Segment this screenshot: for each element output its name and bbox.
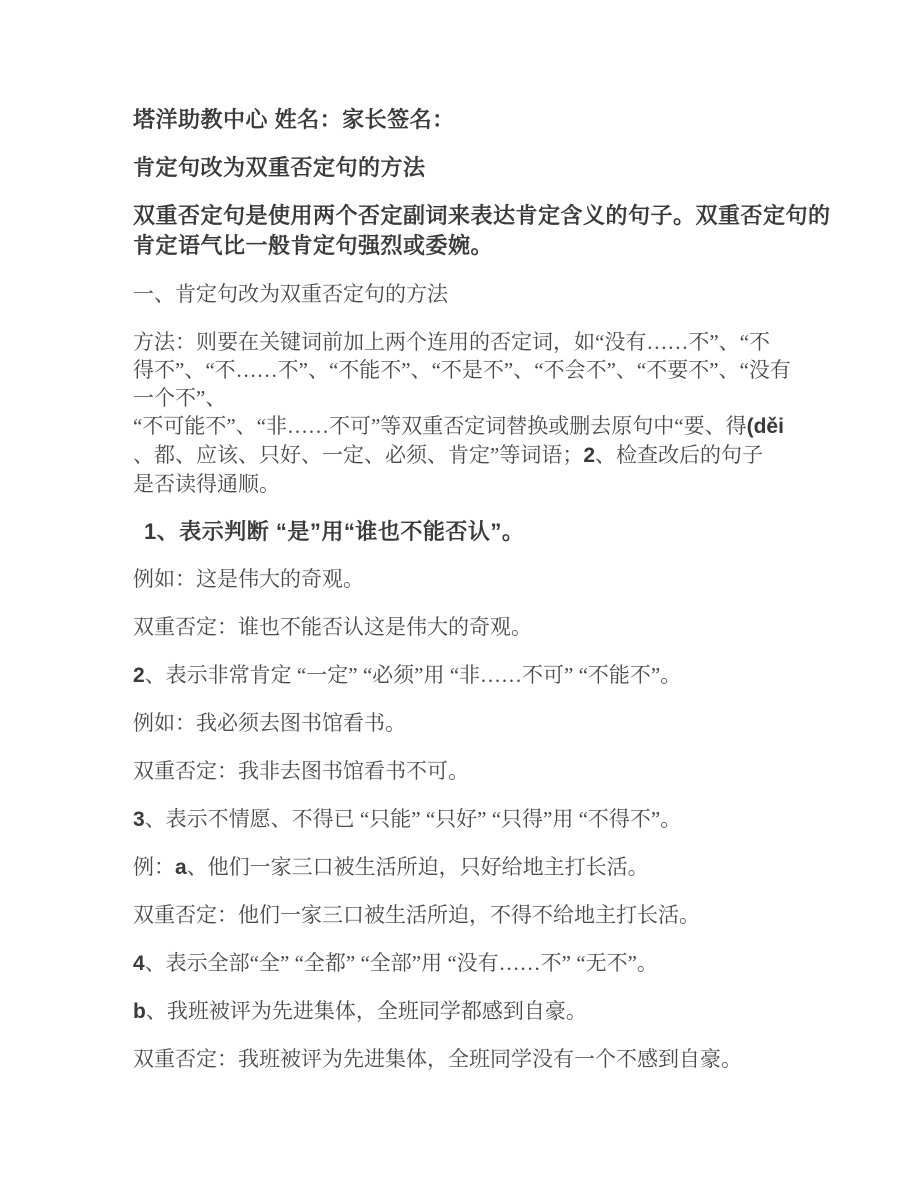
bold-text-run: 1、表示判断 “是”用“谁也不能否认”。: [144, 519, 524, 544]
text-line: b、我班被评为先进集体，全班同学都感到自豪。: [133, 997, 833, 1026]
paragraph-doc-title: 肯定句改为双重否定句的方法: [133, 153, 833, 182]
bold-text-run: 塔洋助教中心 姓名：家长签名：: [133, 107, 455, 132]
text-run: 、他们一家三口被生活所迫，只好给地主打长活。: [187, 855, 649, 879]
text-line: 一个不”、: [133, 384, 833, 412]
text-line: “不可能不”、“非……不可”等双重否定词替换或删去原句中“要、得(děi: [133, 412, 833, 441]
document-body: 塔洋助教中心 姓名：家长签名：肯定句改为双重否定句的方法双重否定句是使用两个否定…: [133, 105, 833, 1093]
paragraph-example-4: b、我班被评为先进集体，全班同学都感到自豪。: [133, 997, 833, 1026]
bold-text-run: 2: [583, 444, 595, 467]
bold-text-run: 3: [133, 808, 145, 831]
bold-text-run: 双重否定句是使用两个否定副词来表达肯定含义的句子。双重否定句的: [133, 203, 831, 228]
paragraph-example-1: 例如：这是伟大的奇观。: [133, 565, 833, 594]
bold-text-run: 4: [133, 952, 145, 975]
bold-text-run: a: [175, 856, 187, 879]
text-run: 一、肯定句改为双重否定句的方法: [133, 282, 448, 306]
paragraph-header-line: 塔洋助教中心 姓名：家长签名：: [133, 105, 833, 134]
paragraph-rule-2: 2、表示非常肯定 “一定” “必须”用 “非……不可” “不能不”。: [133, 661, 833, 690]
paragraph-answer-1: 双重否定：谁也不能否认这是伟大的奇观。: [133, 613, 833, 642]
bold-text-run: (děi: [747, 415, 784, 438]
text-line: 是否读得通顺。: [133, 470, 833, 498]
text-run: 、都、应该、只好、一定、必须、肯定”等词语；: [133, 443, 583, 467]
text-run: “不可能不”、“非……不可”等双重否定词替换或删去原句中“要、得: [133, 414, 747, 438]
paragraph-answer-2: 双重否定：我非去图书馆看书不可。: [133, 757, 833, 786]
text-run: 得不”、“不……不”、“不能不”、“不是不”、“不会不”、“不要不”、“没有: [133, 358, 791, 382]
text-run: 双重否定：我非去图书馆看书不可。: [133, 759, 469, 783]
text-line: 4、表示全部“全” “全都” “全部”用 “没有……不” “无不”。: [133, 949, 833, 978]
text-run: 是否读得通顺。: [133, 472, 280, 496]
text-line: 一、肯定句改为双重否定句的方法: [133, 280, 833, 309]
text-line: 肯定语气比一般肯定句强烈或委婉。: [133, 231, 833, 261]
text-run: 例：: [133, 855, 175, 879]
document-page: 塔洋助教中心 姓名：家长签名：肯定句改为双重否定句的方法双重否定句是使用两个否定…: [0, 0, 920, 1191]
text-run: 方法：则要在关键词前加上两个连用的否定词，如“没有……不”、“不: [133, 330, 770, 354]
paragraph-rule-3: 3、表示不情愿、不得已 “只能” “只好” “只得”用 “不得不”。: [133, 805, 833, 834]
text-line: 2、表示非常肯定 “一定” “必须”用 “非……不可” “不能不”。: [133, 661, 833, 690]
text-line: 双重否定：他们一家三口被生活所迫，不得不给地主打长活。: [133, 901, 833, 930]
text-line: 双重否定：谁也不能否认这是伟大的奇观。: [133, 613, 833, 642]
bold-text-run: 肯定句改为双重否定句的方法: [133, 155, 426, 180]
paragraph-answer-3: 双重否定：他们一家三口被生活所迫，不得不给地主打长活。: [133, 901, 833, 930]
text-line: 肯定句改为双重否定句的方法: [133, 153, 833, 182]
text-line: 塔洋助教中心 姓名：家长签名：: [133, 105, 833, 134]
text-line: 1、表示判断 “是”用“谁也不能否认”。: [144, 517, 833, 546]
text-run: 例如：我必须去图书馆看书。: [133, 711, 406, 735]
paragraph-section-heading: 一、肯定句改为双重否定句的方法: [133, 280, 833, 309]
paragraph-answer-4: 双重否定：我班被评为先进集体，全班同学没有一个不感到自豪。: [133, 1045, 833, 1074]
text-line: 双重否定：我班被评为先进集体，全班同学没有一个不感到自豪。: [133, 1045, 833, 1074]
text-run: 双重否定：谁也不能否认这是伟大的奇观。: [133, 615, 532, 639]
paragraph-method: 方法：则要在关键词前加上两个连用的否定词，如“没有……不”、“不得不”、“不………: [133, 328, 833, 498]
text-run: 双重否定：我班被评为先进集体，全班同学没有一个不感到自豪。: [133, 1047, 742, 1071]
text-line: 双重否定句是使用两个否定副词来表达肯定含义的句子。双重否定句的: [133, 201, 833, 231]
paragraph-example-2: 例如：我必须去图书馆看书。: [133, 709, 833, 738]
text-line: 得不”、“不……不”、“不能不”、“不是不”、“不会不”、“不要不”、“没有: [133, 356, 833, 384]
text-line: 例如：我必须去图书馆看书。: [133, 709, 833, 738]
text-run: 、检查改后的句子: [595, 443, 763, 467]
text-line: 例如：这是伟大的奇观。: [133, 565, 833, 594]
text-line: 双重否定：我非去图书馆看书不可。: [133, 757, 833, 786]
text-run: 一个不”、: [133, 386, 226, 410]
text-run: 例如：这是伟大的奇观。: [133, 567, 364, 591]
text-run: 、表示不情愿、不得已 “只能” “只好” “只得”用 “不得不”。: [145, 807, 682, 831]
bold-text-run: b: [133, 1000, 146, 1023]
paragraph-example-3: 例：a、他们一家三口被生活所迫，只好给地主打长活。: [133, 853, 833, 882]
text-run: 双重否定：他们一家三口被生活所迫，不得不给地主打长活。: [133, 903, 700, 927]
text-line: 方法：则要在关键词前加上两个连用的否定词，如“没有……不”、“不: [133, 328, 833, 356]
bold-text-run: 肯定语气比一般肯定句强烈或委婉。: [133, 233, 493, 258]
text-run: 、表示非常肯定 “一定” “必须”用 “非……不可” “不能不”。: [145, 663, 682, 687]
bold-text-run: 2: [133, 664, 145, 687]
text-run: 、我班被评为先进集体，全班同学都感到自豪。: [146, 999, 587, 1023]
text-line: 3、表示不情愿、不得已 “只能” “只好” “只得”用 “不得不”。: [133, 805, 833, 834]
paragraph-rule-4: 4、表示全部“全” “全都” “全部”用 “没有……不” “无不”。: [133, 949, 833, 978]
paragraph-rule-1: 1、表示判断 “是”用“谁也不能否认”。: [133, 517, 833, 546]
text-line: 例：a、他们一家三口被生活所迫，只好给地主打长活。: [133, 853, 833, 882]
text-run: 、表示全部“全” “全都” “全部”用 “没有……不” “无不”。: [145, 951, 658, 975]
paragraph-intro: 双重否定句是使用两个否定副词来表达肯定含义的句子。双重否定句的肯定语气比一般肯定…: [133, 201, 833, 261]
text-line: 、都、应该、只好、一定、必须、肯定”等词语；2、检查改后的句子: [133, 441, 833, 470]
